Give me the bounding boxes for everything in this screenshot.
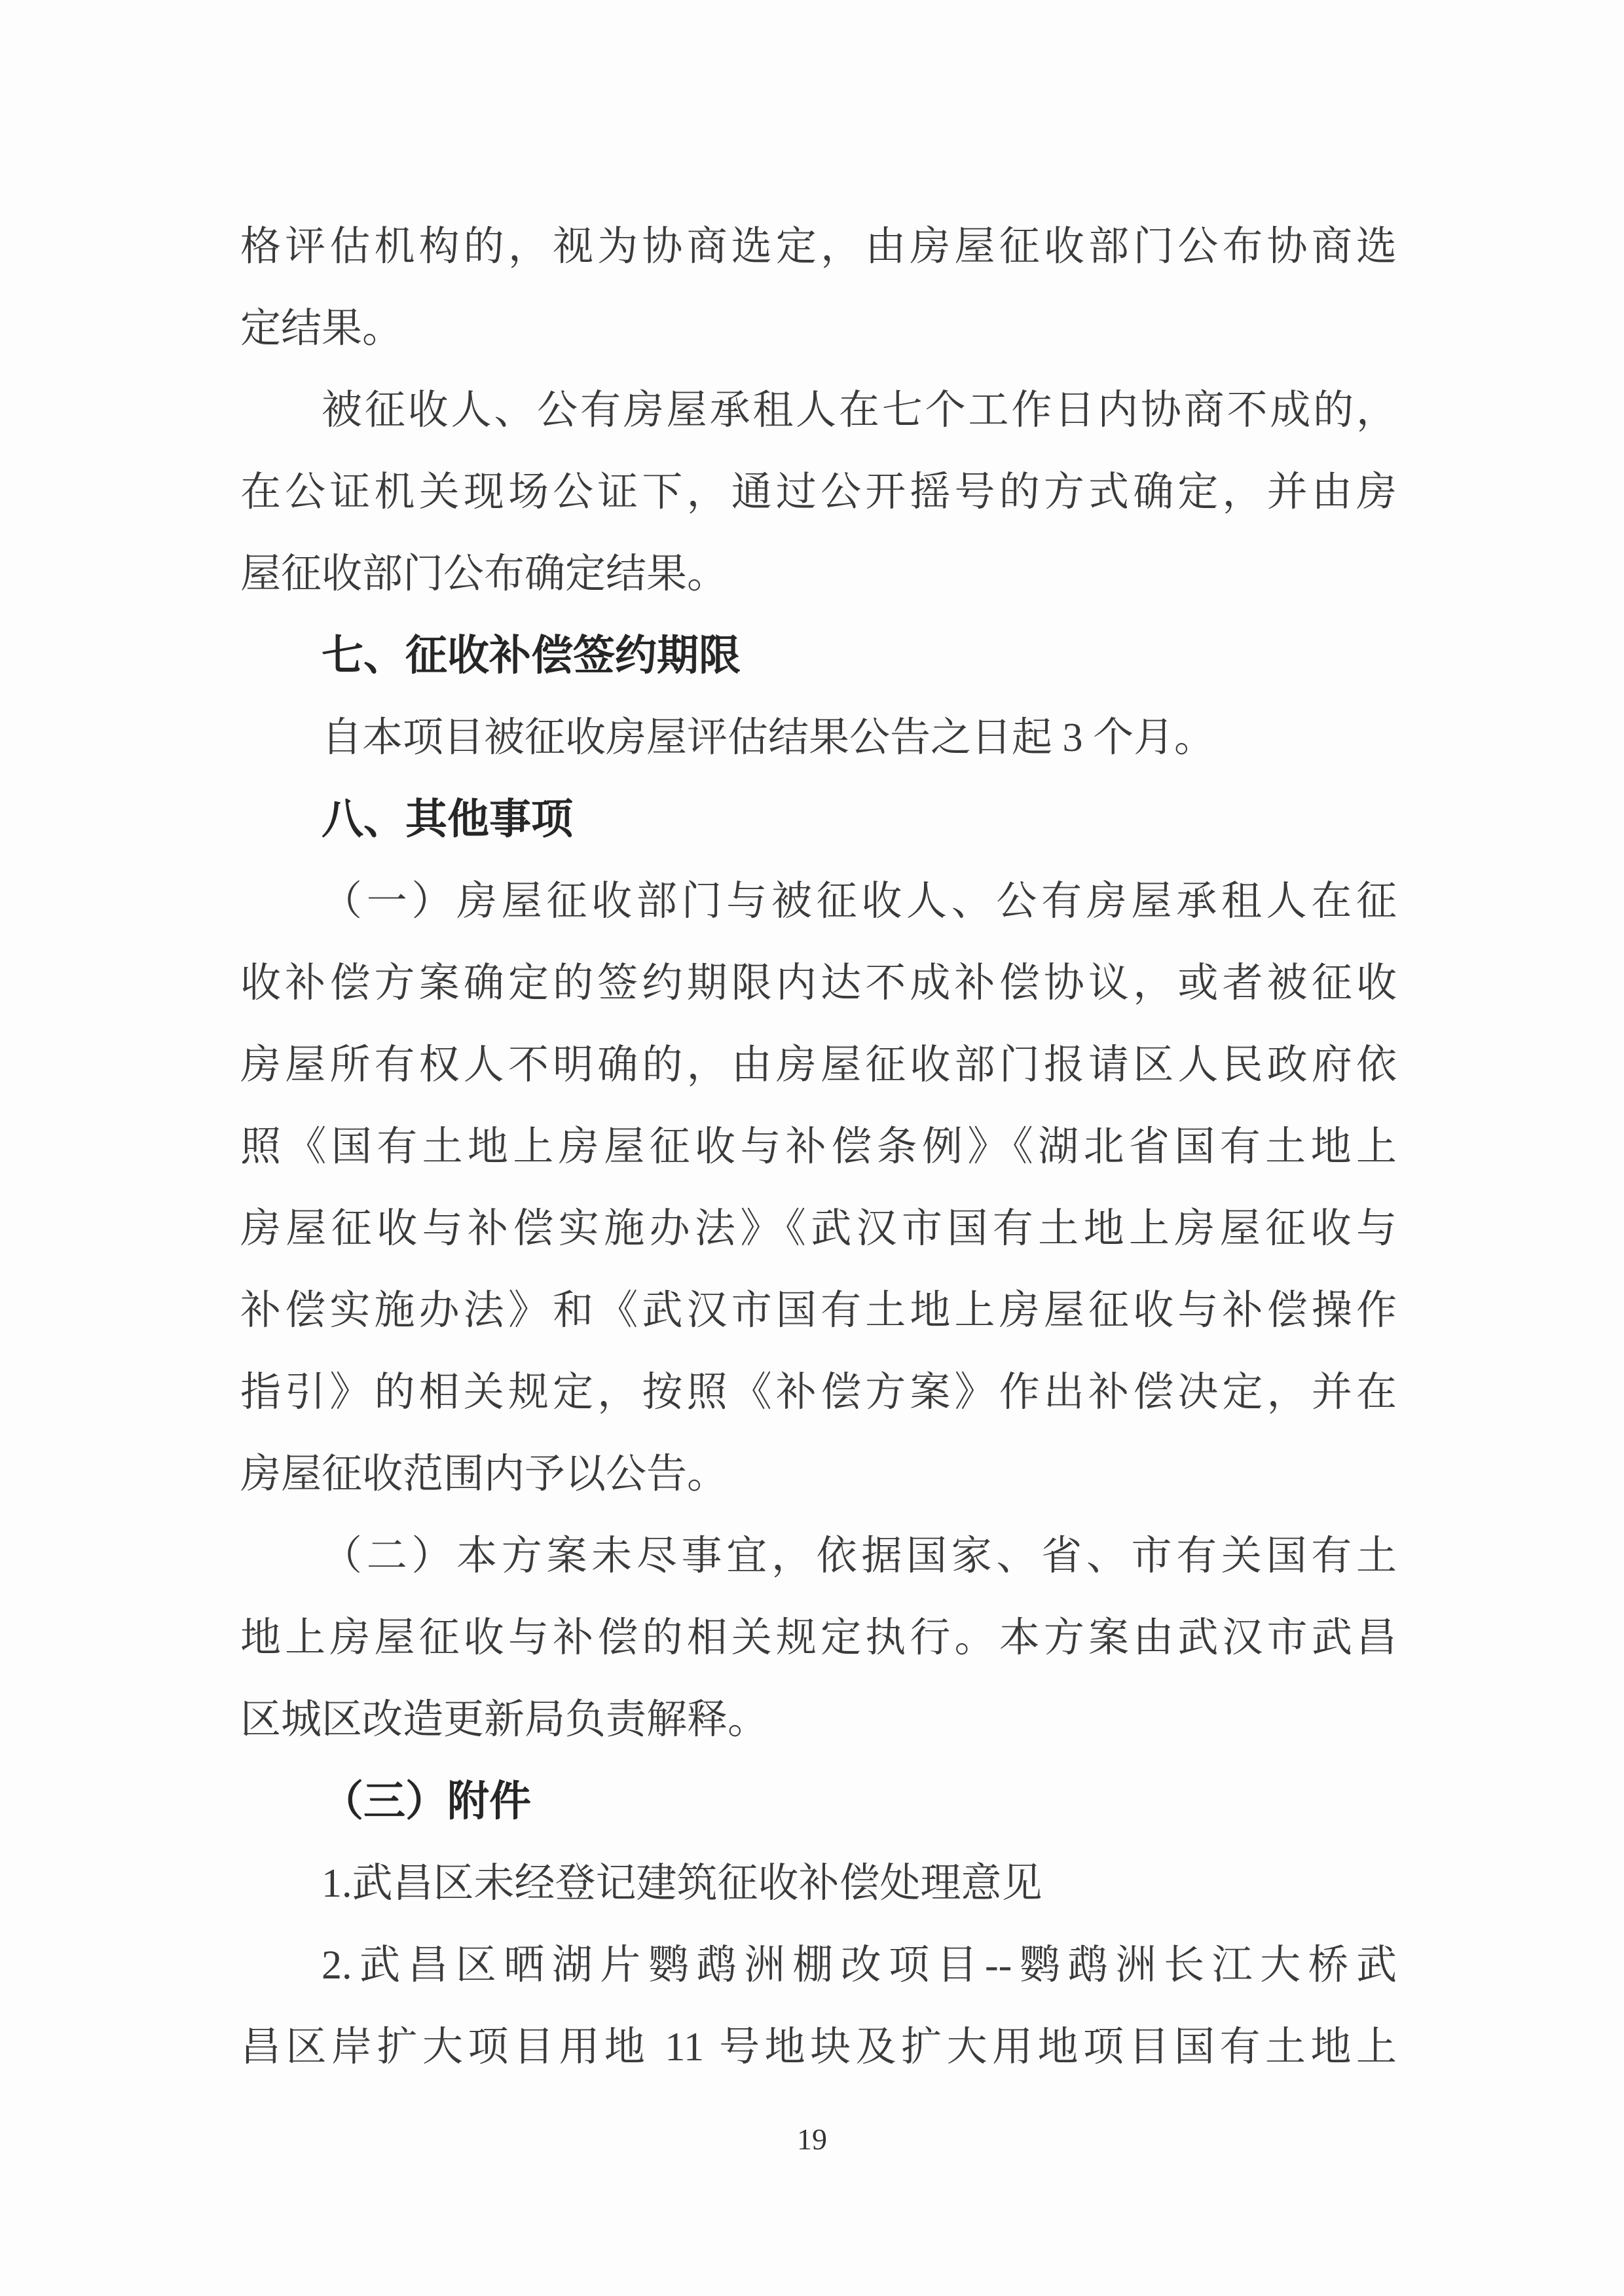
page-number: 19: [0, 2120, 1624, 2159]
section-heading: （三）附件: [240, 1761, 1397, 1843]
text-line: （二）本方案未尽事宜，依据国家、省、市有关国有土: [240, 1516, 1397, 1597]
text-line: 定结果。: [240, 288, 1397, 370]
text-line: 照《国有土地上房屋征收与补偿条例》《湖北省国有土地上: [240, 1106, 1397, 1188]
text-line: 昌区岸扩大项目用地 11 号地块及扩大用地项目国有土地上: [240, 2007, 1397, 2088]
text-line: （一）房屋征收部门与被征收人、公有房屋承租人在征: [240, 861, 1397, 943]
text-line: 2.武昌区晒湖片鹦鹉洲棚改项目--鹦鹉洲长江大桥武: [240, 1925, 1397, 2007]
text-line: 房屋征收与补偿实施办法》《武汉市国有土地上房屋征收与: [240, 1188, 1397, 1270]
text-line: 屋征收部门公布确定结果。: [240, 534, 1397, 615]
text-line: 被征收人、公有房屋承租人在七个工作日内协商不成的，: [240, 370, 1397, 452]
section-heading: 七、征收补偿签约期限: [240, 615, 1397, 697]
text-line: 指引》的相关规定，按照《补偿方案》作出补偿决定，并在: [240, 1352, 1397, 1434]
text-line: 房屋所有权人不明确的，由房屋征收部门报请区人民政府依: [240, 1025, 1397, 1106]
text-line: 区城区改造更新局负责解释。: [240, 1679, 1397, 1761]
document-page: 格评估机构的，视为协商选定，由房屋征收部门公布协商选 定结果。 被征收人、公有房…: [0, 0, 1624, 2296]
text-line: 地上房屋征收与补偿的相关规定执行。本方案由武汉市武昌: [240, 1597, 1397, 1679]
text-line: 房屋征收范围内予以公告。: [240, 1434, 1397, 1516]
text-line: 收补偿方案确定的签约期限内达不成补偿协议，或者被征收: [240, 943, 1397, 1025]
text-line: 格评估机构的，视为协商选定，由房屋征收部门公布协商选: [240, 206, 1397, 288]
section-heading: 八、其他事项: [240, 779, 1397, 861]
text-line: 自本项目被征收房屋评估结果公告之日起 3 个月。: [240, 697, 1397, 779]
text-block: 格评估机构的，视为协商选定，由房屋征收部门公布协商选 定结果。 被征收人、公有房…: [240, 206, 1397, 2088]
text-line: 在公证机关现场公证下，通过公开摇号的方式确定，并由房: [240, 452, 1397, 534]
text-line: 1.武昌区未经登记建筑征收补偿处理意见: [240, 1843, 1397, 1925]
text-line: 补偿实施办法》和《武汉市国有土地上房屋征收与补偿操作: [240, 1270, 1397, 1352]
